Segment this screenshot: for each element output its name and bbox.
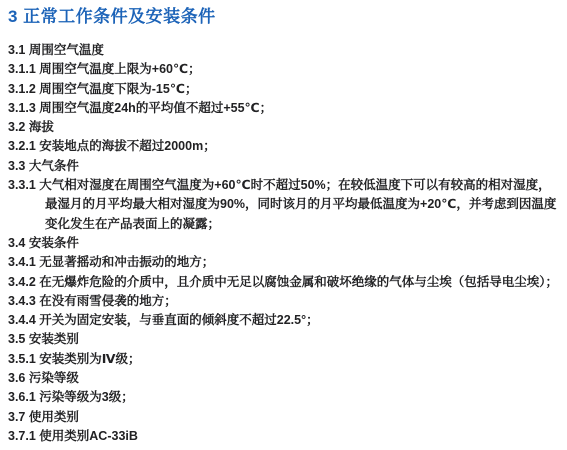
clause-line: 3.1.2 周围空气温度下限为-15℃； [8,80,561,99]
clause-line: 3.6 污染等级 [8,369,561,388]
clause-line: 3.7.1 使用类别AC-33iB [8,427,561,446]
clause-line: 3.2.1 安装地点的海拔不超过2000m； [8,137,561,156]
section-title: 3 正常工作条件及安装条件 [8,6,561,28]
clause-line: 3.4 安装条件 [8,234,561,253]
clause-line: 3.4.1 无显著摇动和冲击振动的地方； [8,253,561,272]
clause-list: 3.1 周围空气温度3.1.1 周围空气温度上限为+60℃；3.1.2 周围空气… [8,41,561,446]
clause-line: 3.7 使用类别 [8,408,561,427]
clause-line: 3.3.1 大气相对湿度在周围空气温度为+60℃时不超过50%；在较低温度下可以… [8,176,561,234]
clause-line: 3.1.1 周围空气温度上限为+60℃； [8,60,561,79]
clause-line: 3.5.1 安装类别为Ⅳ级； [8,350,561,369]
clause-line: 3.3 大气条件 [8,157,561,176]
clause-line: 3.4.2 在无爆炸危险的介质中，且介质中无足以腐蚀金属和破坏绝缘的气体与尘埃（… [8,273,561,292]
clause-line: 3.2 海拔 [8,118,561,137]
clause-line: 3.4.4 开关为固定安装，与垂直面的倾斜度不超过22.5°； [8,311,561,330]
clause-line: 3.1 周围空气温度 [8,41,561,60]
clause-line: 3.5 安装类别 [8,330,561,349]
document-page: 3 正常工作条件及安装条件 3.1 周围空气温度3.1.1 周围空气温度上限为+… [0,0,567,450]
clause-line: 3.1.3 周围空气温度24h的平均值不超过+55℃； [8,99,561,118]
clause-line: 3.4.3 在没有雨雪侵袭的地方； [8,292,561,311]
clause-line: 3.6.1 污染等级为3级； [8,388,561,407]
